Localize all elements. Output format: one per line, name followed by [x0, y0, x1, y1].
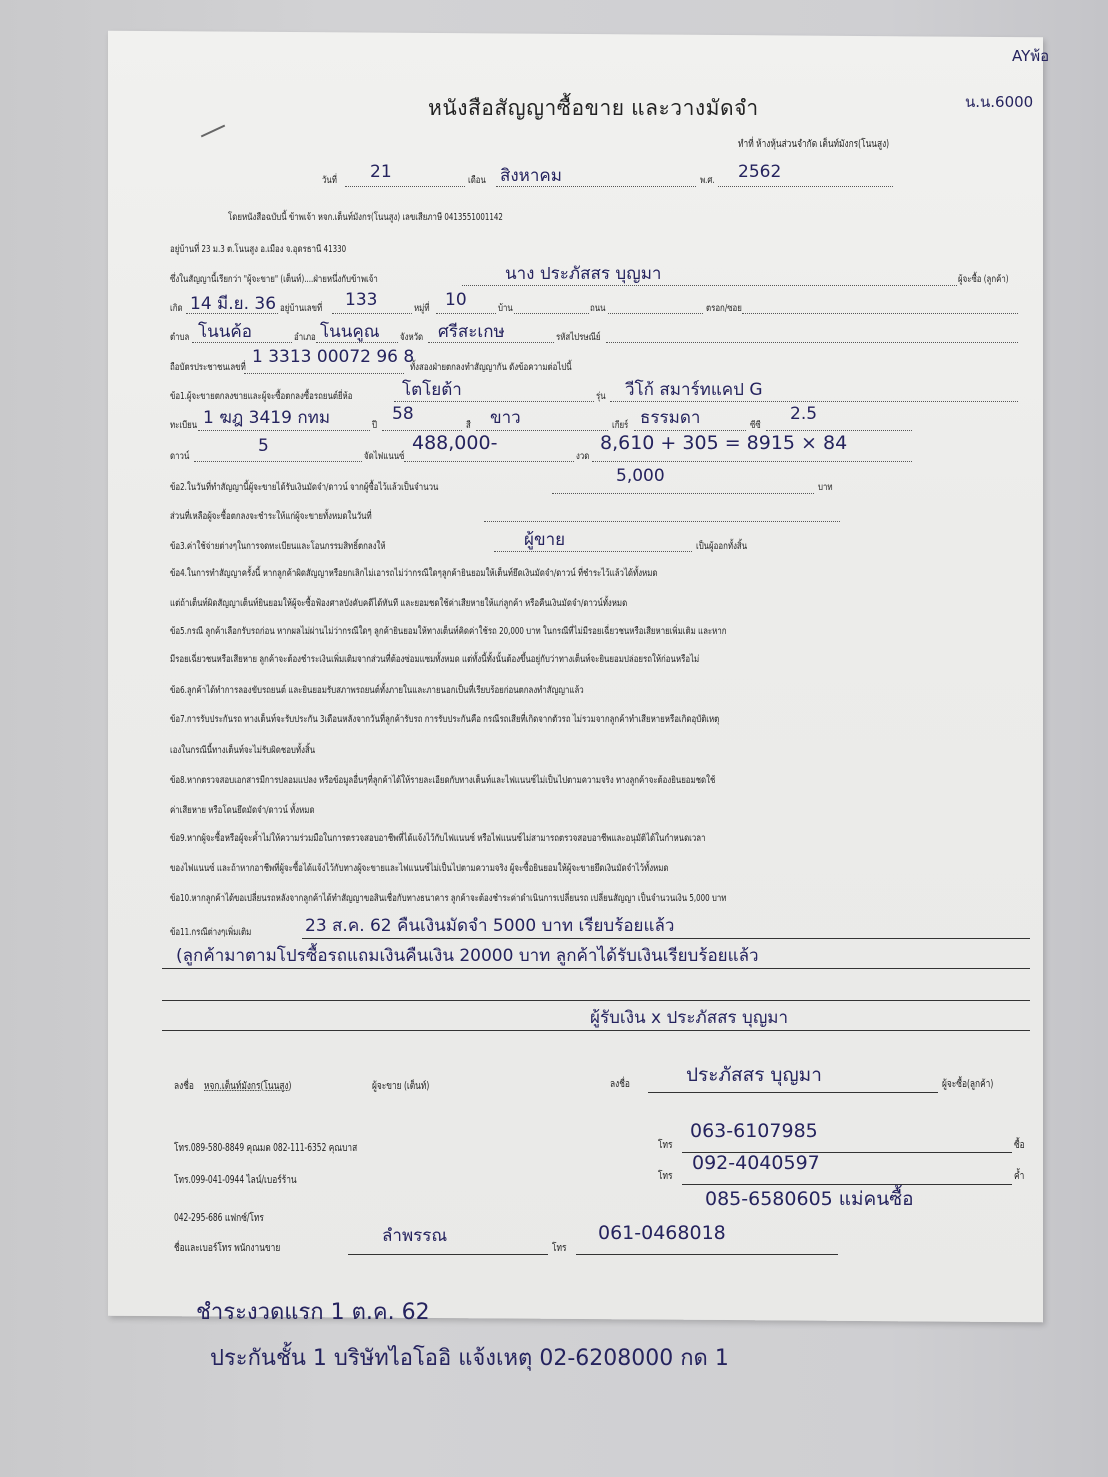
plate-label: ทะเบียน — [170, 418, 197, 433]
guarantor-phone-label: โทร — [658, 1168, 672, 1184]
day-label: วันที่ — [322, 173, 337, 188]
corner-note-1: AYพ้อ — [1012, 44, 1049, 68]
deposit-amount-value[interactable]: 5,000 — [616, 466, 665, 486]
first-payment-note: ชำระงวดแรก 1 ต.ค. 62 — [196, 1294, 430, 1329]
buyer-signature[interactable]: ประภัสสร บุญมา — [686, 1060, 822, 1090]
document-title: หนังสือสัญญาซื้อขาย และวางมัดจำ — [428, 92, 759, 125]
road-label: ถนน — [590, 301, 606, 316]
clause-text-line: ข้อ10.หากลูกค้าได้ขอเปลี่ยนรถหลังจากลูกค… — [170, 891, 726, 906]
buyer-role: ผู้จะซื้อ(ลูกค้า) — [942, 1076, 993, 1092]
seller-line: โดยหนังสือฉบับนี้ ข้าพเจ้า หจก.เต็นท์มัง… — [228, 210, 503, 225]
house-no-label: อยู่บ้านเลขที่ — [280, 301, 322, 316]
province-value[interactable]: ศรีสะเกษ — [438, 318, 505, 345]
moo-label: หมู่ที่ — [414, 301, 430, 316]
month-label: เดือน — [468, 173, 486, 188]
clause-text-line: มีรอยเฉี่ยวชนหรือเสียหาย ลูกค้าจะต้องชำร… — [170, 652, 699, 667]
seller-address: อยู่บ้านที่ 23 ม.3 ต.โนนสูง อ.เมือง จ.อุ… — [170, 242, 346, 257]
model-value[interactable]: วีโก้ สมาร์ทแคป G — [625, 376, 763, 403]
birth-label: เกิด — [170, 301, 183, 316]
buyer-role-label: ผู้จะซื้อ (ลูกค้า) — [958, 272, 1009, 287]
extra-phone-value[interactable]: 085-6580605 แม่คนซื้อ — [705, 1184, 914, 1214]
staff-name-value[interactable]: ลำพรรณ — [382, 1222, 447, 1249]
clause-text-line: เองในกรณีนี้ทางเต็นท์จะไม่รับผิดชอบทั้งส… — [170, 743, 315, 758]
buyer-intro-label: ซึ่งในสัญญานี้เรียกว่า "ผู้จะขาย" (เต็นท… — [170, 272, 378, 287]
clause-text-line: ข้อ9.หากผู้จะซื้อหรือผู้จะค้ำไม่ให้ความร… — [170, 831, 706, 846]
color-value[interactable]: ขาว — [490, 404, 521, 431]
deposit-unit: บาท — [818, 480, 833, 495]
clause11-label: ข้อ11.กรณีต่างๆเพิ่มเติม — [170, 925, 251, 940]
cc-value[interactable]: 2.5 — [790, 404, 817, 424]
year-value[interactable]: 2562 — [738, 162, 781, 182]
clause-text-line: ข้อ4.ในการทำสัญญาครั้งนี้ หากลูกค้าผิดสั… — [170, 566, 658, 581]
clause2-label: ข้อ2.ในวันที่ทำสัญญานี้ผู้จะขายได้รับเงิ… — [170, 480, 438, 495]
birth-value[interactable]: 14 มี.ย. 36 — [190, 290, 276, 317]
house-no-value[interactable]: 133 — [345, 290, 377, 310]
car-brand-value[interactable]: โตโยต้า — [402, 376, 462, 403]
clause-text-line: ข้อ8.หากตรวจสอบเอกสารมีการปลอมแปลง หรือข… — [170, 773, 715, 788]
buyer-name-value[interactable]: นาง ประภัสสร บุญมา — [505, 260, 661, 287]
id-value[interactable]: 1 3313 00072 96 8 — [252, 347, 414, 367]
seller-sign-label: ลงชื่อ — [174, 1078, 194, 1094]
district-label: อำเภอ — [294, 330, 316, 345]
guarantor-phone-suffix: ค้ำ — [1014, 1168, 1024, 1184]
seller-role: ผู้จะขาย (เต็นท์) — [372, 1078, 429, 1094]
cc-label: ซีซี — [750, 418, 761, 433]
moo-value[interactable]: 10 — [445, 290, 467, 310]
down-label: ดาวน์ — [170, 449, 189, 464]
staff-phone-label: โทร — [552, 1240, 566, 1256]
clause11-line-2[interactable]: (ลูกค้ามาตามโปรซื้อรถแถมเงินคืนเงิน 2000… — [176, 942, 759, 969]
staff-label: ชื่อและเบอร์โทร พนักงานขาย — [174, 1240, 280, 1256]
province-label: จังหวัด — [400, 330, 423, 345]
clause-text-line: ข้อ7.การรับประกันรถ ทางเต็นท์จะรับประกัน… — [170, 712, 719, 727]
gear-label: เกียร์ — [612, 418, 628, 433]
seller-sign-name: หจก.เต็นท์มังกร(โนนสูง) — [204, 1078, 291, 1094]
installment-value[interactable]: 8,610 + 305 = 8915 × 84 — [600, 432, 847, 454]
finance-value[interactable]: 488,000- — [412, 432, 497, 454]
subdistrict-label: ตำบล — [170, 330, 189, 345]
id-label: ถือบัตรประชาชนเลขที่ — [170, 360, 246, 375]
down-value[interactable]: 5 — [258, 436, 269, 456]
clause-text-line: แต่ถ้าเต็นท์ผิดสัญญาเต็นท์ยินยอมให้ผู้จะ… — [170, 596, 627, 611]
clause-text-line: ค่าเสียหาย หรือโดนยึดมัดจำ/ดาวน์ ทั้งหมด — [170, 803, 315, 818]
shop-phone-line-1: โทร.089-580-8849 คุณมด 082-111-6352 คุณบ… — [174, 1140, 357, 1156]
year-label: พ.ศ. — [700, 173, 715, 188]
buyer-phone-suffix: ซื้อ — [1014, 1137, 1025, 1153]
clause11-line-1[interactable]: 23 ส.ค. 62 คืนเงินมัดจำ 5000 บาท เรียบร้… — [305, 912, 674, 939]
finance-label: จัดไฟแนนซ์ — [364, 449, 404, 464]
shop-phone-line-2: โทร.099-041-0944 ไลน์/เบอร์ร้าน — [174, 1172, 297, 1188]
corner-note-2: น.น.6000 — [965, 90, 1033, 114]
color-label: สี — [466, 418, 471, 433]
clause-text-line: ข้อ6.ลูกค้าได้ทำการลองขับรถยนต์ และยินยอ… — [170, 683, 584, 698]
village-label: บ้าน — [498, 301, 513, 316]
clause1-label: ข้อ1.ผู้จะขายตกลงขายและผู้จะซื้อตกลงซื้อ… — [170, 389, 352, 404]
insurance-note: ประกันชั้น 1 บริษัทไอโออิ แจ้งเหตุ 02-62… — [210, 1340, 729, 1375]
year-model-label: ปี — [372, 418, 377, 433]
staff-phone-value[interactable]: 061-0468018 — [598, 1222, 726, 1244]
buyer-phone-value[interactable]: 063-6107985 — [690, 1120, 818, 1142]
plate-value[interactable]: 1 ฆฎ 3419 กทม — [203, 404, 330, 431]
district-value[interactable]: โนนคูณ — [320, 318, 380, 345]
clause-text-line: ข้อ5.กรณี ลูกค้าเลือกรับรถก่อน หากผลไม่ผ… — [170, 624, 727, 639]
clause11-line-4[interactable]: ผู้รับเงิน x ประภัสสร บุญมา — [590, 1004, 788, 1031]
remaining-label: ส่วนที่เหลือผู้จะซื้อตกลงจะชำระให้แก่ผู้… — [170, 509, 372, 524]
model-label: รุ่น — [596, 389, 606, 404]
year-model-value[interactable]: 58 — [392, 404, 414, 424]
installment-label: งวด — [576, 449, 589, 464]
soi-label: ตรอก/ซอย — [706, 301, 742, 316]
clause-text-line: ของไฟแนนซ์ และถ้าหากอาชีพที่ผู้จะซื้อได้… — [170, 861, 669, 876]
guarantor-phone-value[interactable]: 092-4040597 — [692, 1152, 820, 1174]
buyer-sign-label: ลงชื่อ — [610, 1076, 630, 1092]
clause3-suffix: เป็นผู้ออกทั้งสิ้น — [696, 539, 747, 554]
fee-payer-value[interactable]: ผู้ขาย — [524, 526, 565, 553]
month-value[interactable]: สิงหาคม — [500, 162, 562, 189]
subdistrict-value[interactable]: โนนค้อ — [198, 318, 252, 345]
id-suffix: ทั้งสองฝ่ายตกลงทำสัญญากัน ดังข้อความต่อไ… — [410, 360, 572, 375]
gear-value[interactable]: ธรรมดา — [640, 404, 700, 431]
shop-fax-line: 042-295-686 แฟกซ์/โทร — [174, 1210, 264, 1226]
postal-label: รหัสไปรษณีย์ — [556, 330, 600, 345]
buyer-phone-label: โทร — [658, 1137, 672, 1153]
clause3-label: ข้อ3.ค่าใช้จ่ายต่างๆในการจดทะเบียนและโอน… — [170, 539, 386, 554]
place-line: ทำที่ ห้างหุ้นส่วนจำกัด เต็นท์มังกร(โนนส… — [738, 136, 889, 152]
day-value[interactable]: 21 — [370, 162, 392, 182]
